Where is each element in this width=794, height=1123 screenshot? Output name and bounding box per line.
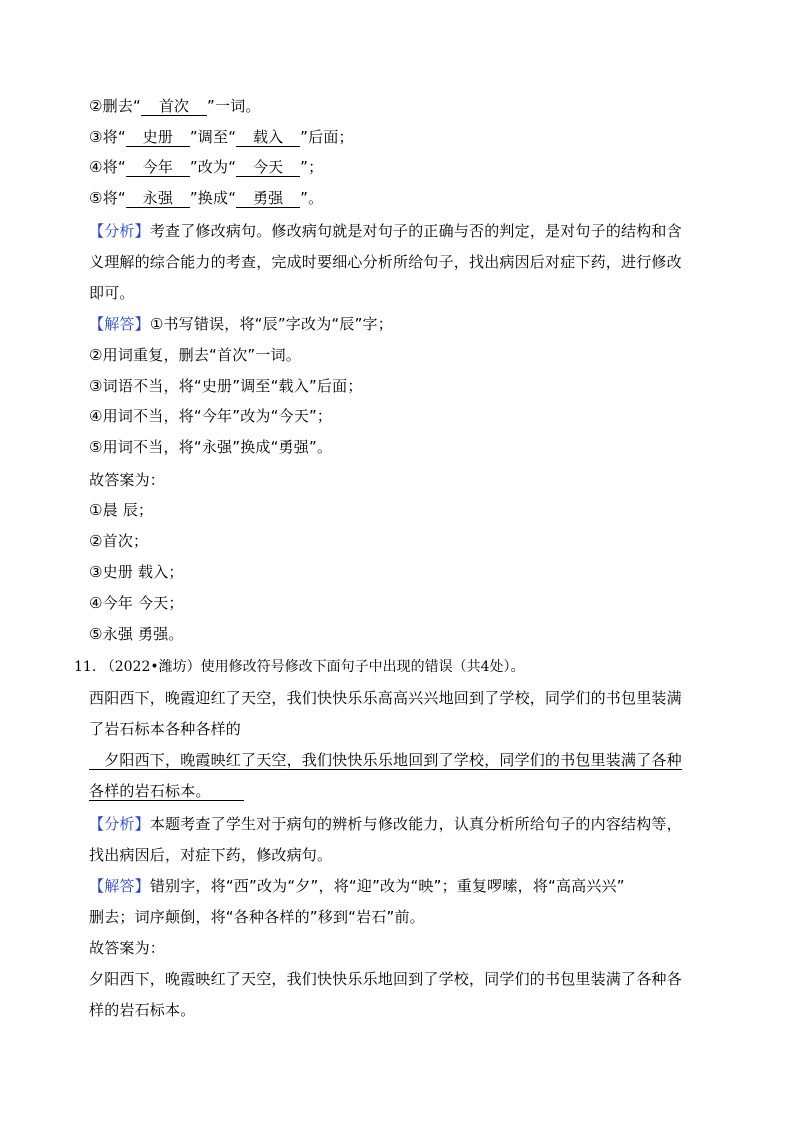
- text: 错别字，将“西”改为“夕”，将“迎”改为“映”；重复啰嗦，将“高高兴兴”: [150, 877, 625, 895]
- q10-analysis: 【分析】考查了修改病句。修改病句就是对句子的正确与否的判定，是对句子的结构和含: [89, 221, 682, 241]
- q10-blank-line-4: ④将“今年”改为“今天”；: [89, 157, 323, 177]
- text: ④将“: [89, 158, 126, 176]
- text: ”换成“: [190, 189, 236, 207]
- answer-text: ⑤用词不当，将“永强”换成“勇强”。: [89, 437, 332, 457]
- question-11-header: 11. （2022•潍坊）使用修改符号修改下面句子中出现的错误（共4处）。: [74, 657, 525, 677]
- fill-blank: 史册: [126, 129, 190, 147]
- analysis-text: 即可。: [89, 283, 135, 303]
- q10-blank-line-3: ③将“史册”调至“载入”后面；: [89, 127, 354, 147]
- fill-blank: 首次: [141, 98, 207, 116]
- q10-answer: 【解答】①书写错误，将“辰”字改为“辰”字；: [89, 314, 393, 334]
- answer-tag: 【解答】: [89, 877, 150, 895]
- question-stem: （2022•潍坊）使用修改符号修改下面句子中出现的错误（共4处）。: [101, 659, 525, 675]
- answer-tag: 【解答】: [89, 315, 150, 333]
- final-answer-item: ④今年 今天；: [89, 593, 184, 613]
- final-answer-text: 夕阳西下，晚霞映红了天空，我们快快乐乐地回到了学校，同学们的书包里装满了各种各: [89, 969, 682, 989]
- answer-text: 删去；词序颠倒，将“各种各样的”移到“岩石”前。: [89, 907, 425, 927]
- answer-blank-line: 夕阳西下，晚霞映红了天空，我们快快乐乐地回到了学校，同学们的书包里装满了各种: [89, 750, 682, 770]
- fill-blank: 今天: [236, 159, 300, 177]
- answer-text: ②用词重复，删去“首次”一词。: [89, 345, 301, 365]
- final-answer-item: ⑤永强 勇强。: [89, 624, 184, 644]
- text: ”一词。: [207, 97, 261, 115]
- text: ”改为“: [190, 158, 236, 176]
- q11-answer: 【解答】错别字，将“西”改为“夕”，将“迎”改为“映”；重复啰嗦，将“高高兴兴”: [89, 876, 625, 896]
- filled-answer: 夕阳西下，晚霞映红了天空，我们快快乐乐地回到了学校，同学们的书包里装满了各种: [89, 751, 682, 770]
- answer-blank-line: 各样的岩石标本。: [89, 781, 244, 801]
- answer-text: ④用词不当，将“今年”改为“今天”；: [89, 406, 332, 426]
- filled-answer: 各样的岩石标本。: [89, 782, 244, 801]
- q10-blank-line-5: ⑤将“永强”换成“勇强”。: [89, 188, 323, 208]
- analysis-text: 义理解的综合能力的考查，完成时要细心分析所给句子，找出病因后对症下药，进行修改: [89, 252, 682, 272]
- analysis-text: 找出病因后，对症下药，修改病句。: [89, 845, 332, 865]
- text: ”后面；: [300, 128, 354, 146]
- final-answer-label: 故答案为：: [89, 938, 165, 958]
- answer-text: ③词语不当，将“史册”调至“载入”后面；: [89, 376, 363, 396]
- text: 本题考查了学生对于病句的辨析与修改能力，认真分析所给句子的内容结构等，: [150, 815, 682, 833]
- final-answer-item: ①晨 辰；: [89, 500, 153, 520]
- final-answer-item: ③史册 载入；: [89, 562, 184, 582]
- fill-blank: 永强: [126, 190, 190, 208]
- text: ③将“: [89, 128, 126, 146]
- text: ②删去“: [89, 97, 141, 115]
- document-page: ②删去“首次”一词。 ③将“史册”调至“载入”后面； ④将“今年”改为“今天”；…: [0, 0, 794, 1123]
- fill-blank: 载入: [236, 129, 300, 147]
- q10-blank-line-2: ②删去“首次”一词。: [89, 96, 261, 116]
- final-answer-text: 样的岩石标本。: [89, 1000, 195, 1020]
- text: ”调至“: [190, 128, 236, 146]
- question-sentence: 西阳西下，晚霞迎红了天空，我们快快乐乐高高兴兴地回到了学校，同学们的书包里装满: [89, 688, 682, 708]
- text: ”。: [300, 189, 323, 207]
- q11-analysis: 【分析】本题考查了学生对于病句的辨析与修改能力，认真分析所给句子的内容结构等，: [89, 814, 682, 834]
- question-number: 11.: [74, 659, 96, 675]
- text: ”；: [300, 158, 323, 176]
- text: ⑤将“: [89, 189, 126, 207]
- analysis-tag: 【分析】: [89, 222, 150, 240]
- question-sentence: 了岩石标本各种各样的: [89, 719, 241, 739]
- text: 考查了修改病句。修改病句就是对句子的正确与否的判定，是对句子的结构和含: [150, 222, 682, 240]
- fill-blank: 今年: [126, 159, 190, 177]
- final-answer-item: ②首次；: [89, 531, 148, 551]
- analysis-tag: 【分析】: [89, 815, 150, 833]
- final-answer-label: 故答案为：: [89, 470, 165, 490]
- fill-blank: 勇强: [236, 190, 300, 208]
- text: ①书写错误，将“辰”字改为“辰”字；: [150, 315, 393, 333]
